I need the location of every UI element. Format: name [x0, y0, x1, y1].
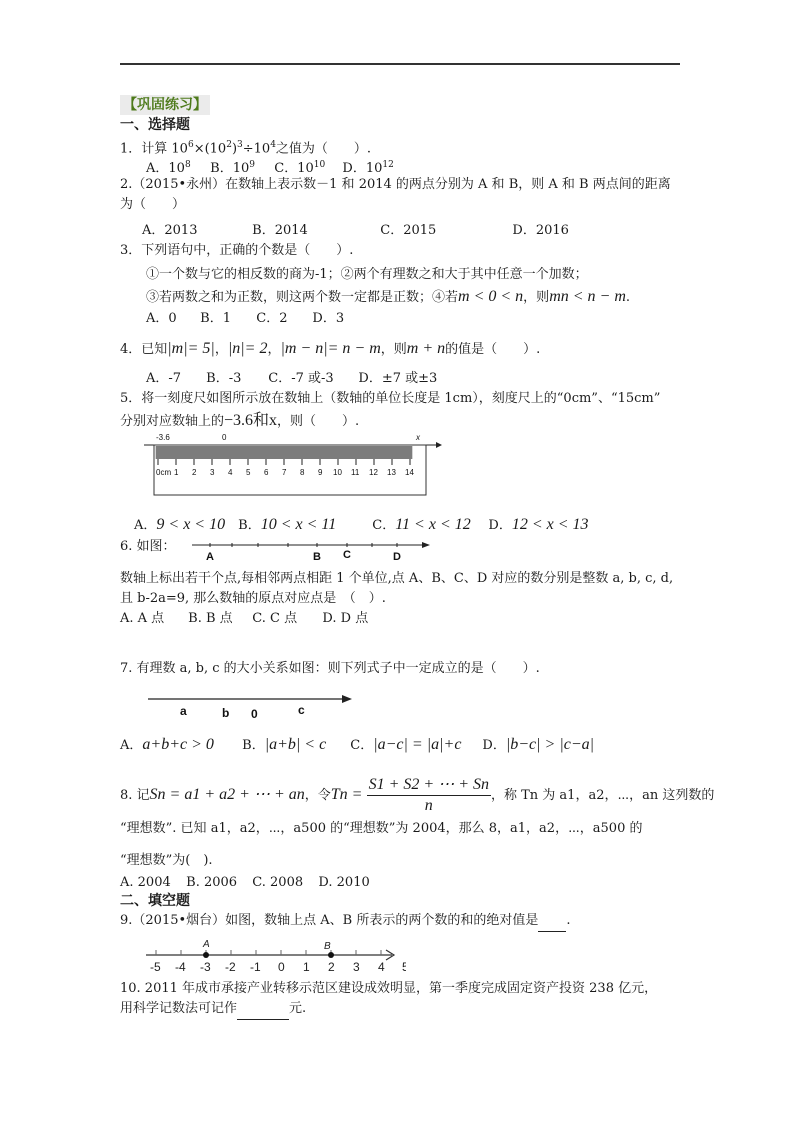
svg-text:-2: -2 — [225, 960, 236, 974]
question-5: 5．将一刻度尺如图所示放在数轴上（数轴的单位长度是 1cm），刻度尺上的“0cm… — [120, 389, 660, 409]
option-a[interactable]: A. A 点 — [120, 609, 184, 629]
option-a[interactable]: A. 2004 — [120, 873, 182, 893]
svg-text:8: 8 — [300, 468, 305, 477]
option-b[interactable]: B．2014 — [252, 221, 376, 241]
svg-text:A: A — [202, 939, 210, 950]
option-d[interactable]: D．2016 — [512, 221, 569, 241]
option-a[interactable]: A．9 < x < 10 — [134, 515, 234, 536]
svg-text:-5: -5 — [150, 960, 161, 974]
option-b[interactable]: B．-3 — [206, 369, 264, 389]
option-b[interactable]: B．10 < x < 11 — [238, 515, 368, 536]
question-6-text: 数轴上标出若干个点,每相邻两点相距 1 个单位,点 A、B、C、D 对应的数分别… — [120, 569, 673, 589]
svg-text:x: x — [415, 433, 421, 442]
svg-text:3: 3 — [353, 960, 360, 974]
option-d[interactable]: D．±7 或±3 — [358, 369, 437, 389]
option-c[interactable]: C. 2008 — [252, 873, 314, 893]
option-d[interactable]: D. 2010 — [318, 873, 369, 893]
question-3-options: A．0 B．1 C．2 D．3 — [146, 309, 344, 329]
question-6-options: A. A 点 B. B 点 C. C 点 D. D 点 — [120, 609, 368, 629]
svg-text:3: 3 — [210, 468, 215, 477]
option-c[interactable]: C. C 点 — [252, 609, 318, 629]
svg-text:7: 7 — [282, 468, 287, 477]
svg-text:B: B — [313, 551, 321, 563]
question-3-statement-1: ①一个数与它的相反数的商为-1；②两个有理数之和大于其中任意一个加数； — [146, 265, 588, 285]
option-a[interactable]: A．-7 — [146, 369, 202, 389]
svg-text:-4: -4 — [175, 960, 186, 974]
q7-number-line: a b 0 c — [148, 693, 358, 721]
svg-text:11: 11 — [351, 468, 360, 477]
svg-text:0: 0 — [251, 707, 258, 721]
question-8-text-3: “理想数”为( ). — [120, 851, 213, 871]
question-2-cont: 为（ ） — [120, 195, 185, 215]
question-2: 2.（2015•永州）在数轴上表示数－1 和 2014 的两点分别为 A 和 B… — [120, 175, 671, 195]
question-2-options: A．2013 B．2014 C．2015 D．2016 — [142, 221, 569, 241]
tn-fraction: S1 + S2 + ⋯ + Snn — [367, 775, 491, 816]
question-5-cont: 分别对应数轴上的−3.6和x，则（ ）. — [120, 411, 359, 432]
option-c[interactable]: C．-7 或-3 — [268, 369, 354, 389]
answer-blank[interactable] — [538, 911, 566, 932]
svg-text:12: 12 — [369, 468, 378, 477]
svg-text:D: D — [393, 551, 401, 563]
exercise-heading: 【巩固练习】 — [120, 95, 210, 115]
svg-text:9: 9 — [318, 468, 323, 477]
svg-text:C: C — [343, 549, 351, 561]
svg-text:5: 5 — [246, 468, 251, 477]
section-multiple-choice: 一、选择题 — [120, 115, 190, 135]
option-d[interactable]: D. D 点 — [322, 609, 368, 629]
question-8-options: A. 2004 B. 2006 C. 2008 D. 2010 — [120, 873, 370, 893]
svg-text:5: 5 — [402, 960, 406, 974]
question-7-options: A．a+b+c > 0 B．|a+b| < c C．|a−c| = |a|+c … — [120, 735, 594, 756]
option-b[interactable]: B. B 点 — [188, 609, 248, 629]
question-10-cont: 用科学记数法可记作 元. — [120, 999, 306, 1020]
option-b[interactable]: B．|a+b| < c — [242, 735, 346, 756]
section-fill-blank: 二、填空题 — [120, 891, 190, 911]
svg-text:A: A — [206, 551, 214, 563]
svg-text:13: 13 — [387, 468, 396, 477]
option-d[interactable]: D．|b−c| > |c−a| — [482, 735, 594, 756]
ruler-figure: -3.6 0 x 0cm 1 2 3 4 5 6 7 8 9 10 11 12 … — [144, 432, 444, 502]
svg-text:2: 2 — [328, 960, 335, 974]
svg-text:10: 10 — [333, 468, 342, 477]
option-a[interactable]: A．a+b+c > 0 — [120, 735, 238, 756]
option-b[interactable]: B．1 — [200, 309, 252, 329]
question-10: 10. 2011 年成市承接产业转移示范区建设成效明显，第一季度完成固定资产投资… — [120, 979, 657, 999]
question-3: 3．下列语句中，正确的个数是（ ）. — [120, 241, 353, 261]
svg-text:0cm: 0cm — [156, 468, 171, 477]
option-a[interactable]: A．0 — [146, 309, 196, 329]
option-d[interactable]: D．3 — [312, 309, 344, 329]
question-4-options: A．-7 B．-3 C．-7 或-3 D．±7 或±3 — [146, 369, 437, 389]
question-6-text-2: 且 b-2a=9, 那么数轴的原点对应点是 （ ）. — [120, 589, 386, 609]
option-b[interactable]: B. 2006 — [186, 873, 248, 893]
svg-text:b: b — [222, 706, 229, 720]
svg-text:4: 4 — [378, 960, 385, 974]
svg-text:-3: -3 — [200, 960, 211, 974]
answer-blank[interactable] — [237, 999, 289, 1020]
svg-text:-3.6: -3.6 — [156, 433, 170, 442]
svg-text:4: 4 — [228, 468, 233, 477]
option-c[interactable]: C．2 — [256, 309, 308, 329]
option-d[interactable]: D．12 < x < 13 — [488, 515, 588, 536]
svg-text:-1: -1 — [250, 960, 261, 974]
question-4: 4．已知|m|= 5|，|n|= 2，|m − n|= n − m，则m + n… — [120, 339, 540, 360]
question-3-statement-2: ③若两数之和为正数，则这两个数一定都是正数；④若m < 0 < n，则mn < … — [146, 287, 630, 308]
svg-text:0: 0 — [222, 433, 227, 442]
svg-text:1: 1 — [174, 468, 179, 477]
q6-number-line: A B C D — [192, 539, 432, 565]
question-6: 6. 如图： — [120, 537, 176, 557]
question-9: 9.（2015•烟台）如图，数轴上点 A、B 所表示的两个数的和的绝对值是 . — [120, 911, 571, 932]
option-a[interactable]: A．2013 — [142, 221, 248, 241]
option-c[interactable]: C．|a−c| = |a|+c — [350, 735, 478, 756]
question-7: 7. 有理数 a, b, c 的大小关系如图：则下列式子中一定成立的是（ ）. — [120, 659, 540, 679]
svg-text:2: 2 — [192, 468, 197, 477]
option-c[interactable]: C．2015 — [380, 221, 508, 241]
svg-text:B: B — [324, 941, 331, 952]
svg-text:c: c — [298, 703, 305, 717]
header-rule — [120, 63, 680, 65]
svg-text:a: a — [180, 704, 187, 718]
q9-number-line: A B -5 -4 -3 -2 -1 0 1 2 3 4 5 — [146, 933, 406, 977]
question-8: 8. 记Sn = a1 + a2 + ⋯ + an，令Tn = S1 + S2 … — [120, 775, 714, 816]
question-5-options: A．9 < x < 10 B．10 < x < 11 C．11 < x < 12… — [134, 515, 589, 536]
svg-text:6: 6 — [264, 468, 269, 477]
svg-text:0: 0 — [278, 960, 285, 974]
svg-text:1: 1 — [303, 960, 310, 974]
question-8-text-2: “理想数”. 已知 a1，a2，⋯，a500 的“理想数”为 2004，那么 8… — [120, 819, 642, 839]
option-c[interactable]: C．11 < x < 12 — [372, 515, 484, 536]
